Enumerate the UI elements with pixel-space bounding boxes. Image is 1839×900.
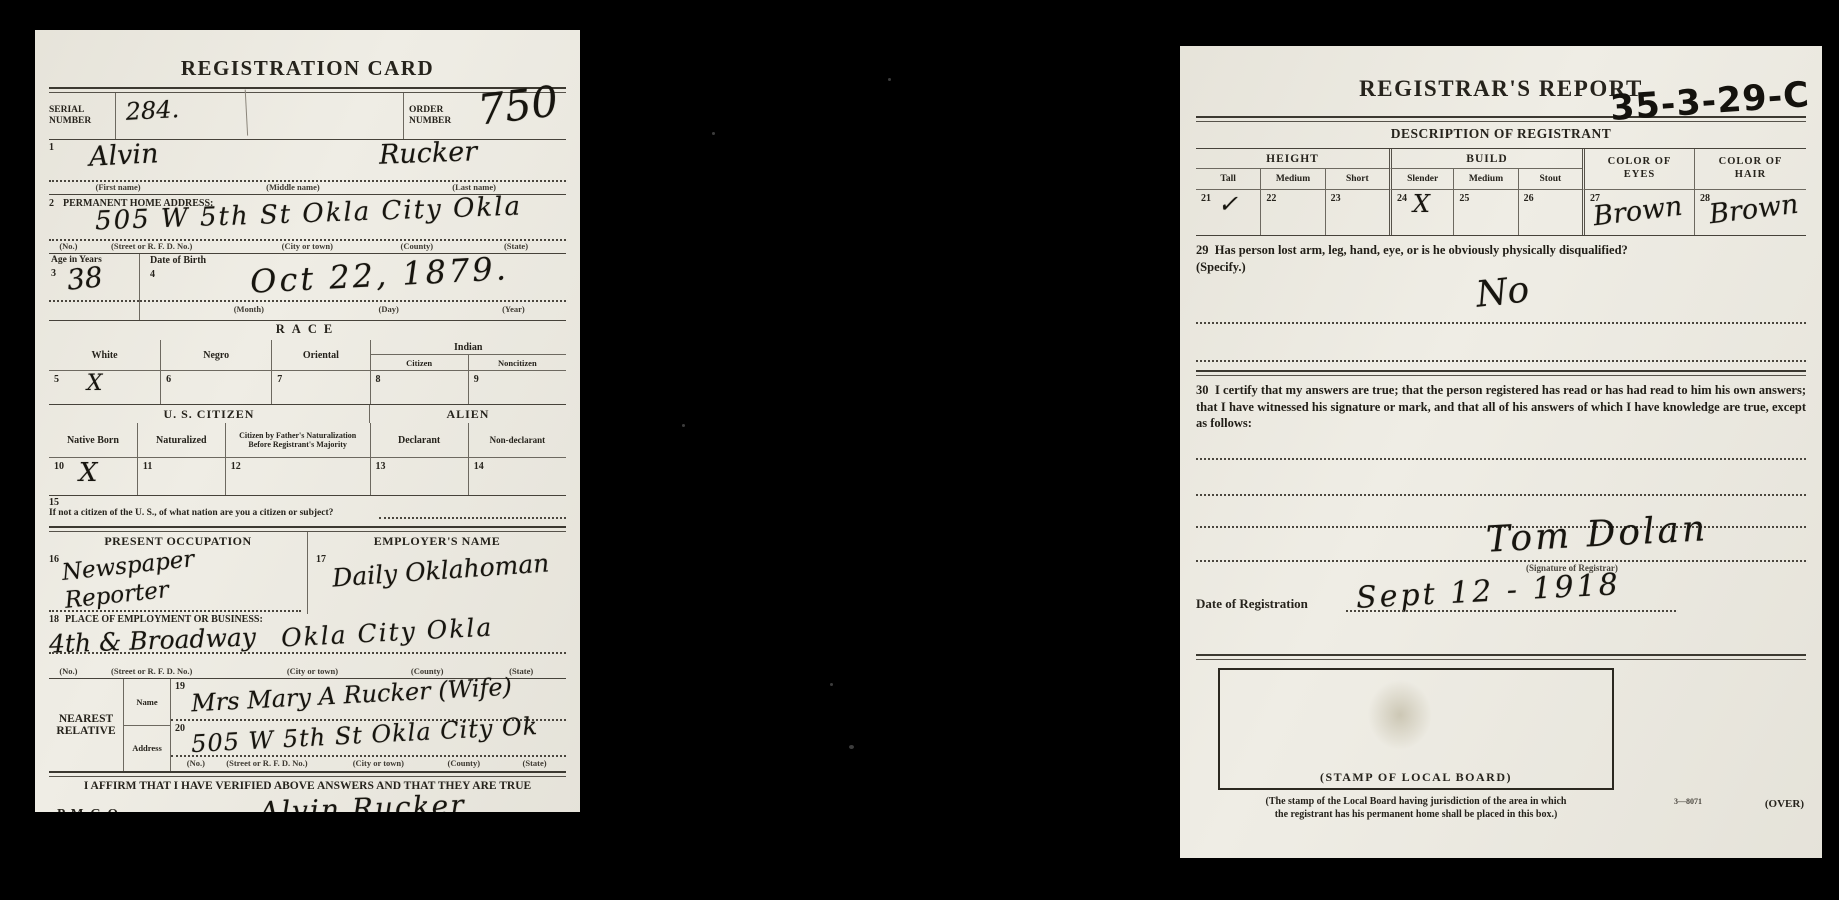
height-short-cell: 23 bbox=[1325, 189, 1389, 235]
build-slender-cell: 24 X bbox=[1389, 189, 1453, 235]
order-number-label: ORDER NUMBER bbox=[403, 93, 471, 139]
employment-city-value: Okla City Okla bbox=[280, 612, 494, 652]
build-medium-cell: 25 bbox=[1453, 189, 1517, 235]
sublabel-county: (County) bbox=[401, 241, 434, 251]
sublabel-first-name: (First name) bbox=[96, 182, 141, 192]
registration-card: REGISTRATION CARD SERIAL NUMBER 284. ORD… bbox=[35, 30, 580, 812]
cz-label-non-declarant: Non-declarant bbox=[468, 423, 566, 457]
sublabel-middle-name: (Middle name) bbox=[266, 182, 320, 192]
nearest-relative-block: NEAREST RELATIVE Name Address 19 Mrs Mar… bbox=[49, 679, 566, 771]
race-cell-oriental: 7 bbox=[271, 370, 369, 404]
divider bbox=[49, 771, 566, 777]
field-number: 18 bbox=[49, 614, 59, 625]
hair-cell: 28 Brown bbox=[1694, 189, 1806, 235]
slender-x-mark: X bbox=[1413, 190, 1430, 218]
cz-cell-fathers-naturalization: 12 bbox=[225, 457, 370, 495]
description-header: DESCRIPTION OF REGISTRANT bbox=[1196, 122, 1806, 148]
citizenship-table: Native Born Naturalized Citizen by Fathe… bbox=[49, 423, 566, 495]
eyes-color-value: Brown bbox=[1591, 191, 1684, 233]
height-medium-label: Medium bbox=[1260, 169, 1324, 189]
race-header: RACE bbox=[49, 321, 566, 340]
race-cell-indian-citizen: 8 bbox=[370, 370, 468, 404]
dotted-line bbox=[1196, 360, 1806, 362]
occupation-employer-values: 16 Newspaper Reporter 17 Daily Oklahoman bbox=[49, 550, 566, 614]
affirmation-statement: I AFFIRM THAT I HAVE VERIFIED ABOVE ANSW… bbox=[49, 780, 566, 792]
dotted-line bbox=[171, 755, 566, 757]
relative-address-row: 20 505 W 5th St Okla City Ok (No.) (Stre… bbox=[171, 721, 566, 771]
eyes-header: COLOR OF EYES bbox=[1582, 149, 1694, 189]
cell-number: 9 bbox=[474, 374, 479, 385]
race-label-indian: Indian bbox=[370, 340, 566, 355]
date-label: Date of Registration bbox=[1196, 596, 1308, 612]
disqualification-question: 29 Has person lost arm, leg, hand, eye, … bbox=[1196, 242, 1806, 370]
cell-number: 26 bbox=[1524, 193, 1534, 204]
registrar-signature-block: Tom Dolan (Signature of Registrar) bbox=[1196, 432, 1806, 580]
race-label-oriental: Oriental bbox=[271, 340, 369, 370]
nation-question-label: If not a citizen of the U. S., of what n… bbox=[49, 508, 333, 518]
occupation-value: Newspaper Reporter bbox=[61, 540, 256, 615]
cz-label-declarant: Declarant bbox=[370, 423, 468, 457]
dotted-line bbox=[49, 610, 301, 612]
first-name-value: Alvin bbox=[88, 138, 159, 173]
registrars-report-card: REGISTRAR'S REPORT 35-3-29-C DESCRIPTION… bbox=[1180, 46, 1822, 858]
home-address-line: 2 PERMANENT HOME ADDRESS: 505 W 5th St O… bbox=[49, 195, 566, 241]
cell-number: 24 bbox=[1397, 193, 1407, 204]
sublabel-street: (Street or R. F. D. No.) bbox=[226, 758, 307, 768]
registrant-signature: Alvin Rucker bbox=[258, 788, 466, 812]
dotted-line bbox=[1196, 458, 1806, 460]
alien-header: ALIEN bbox=[369, 405, 566, 423]
field-number: 4 bbox=[150, 269, 155, 280]
hair-color-value: Brown bbox=[1707, 189, 1800, 231]
certification-text: I certify that my answers are true; that… bbox=[1196, 383, 1806, 430]
dotted-line bbox=[140, 300, 566, 302]
sublabel-state: (State) bbox=[509, 666, 533, 676]
sublabel-city: (City or town) bbox=[353, 758, 404, 768]
dotted-line bbox=[379, 517, 566, 519]
dotted-line bbox=[1196, 322, 1806, 324]
over-label: (OVER) bbox=[1765, 798, 1804, 810]
cell-number: 21 bbox=[1201, 193, 1211, 204]
field-number: 30 bbox=[1196, 383, 1209, 397]
occupation-cell: 16 Newspaper Reporter bbox=[49, 550, 308, 614]
sublabel-city: (City or town) bbox=[282, 241, 333, 251]
build-stout-label: Stout bbox=[1518, 169, 1582, 189]
age-cell: Age in Years 3 38 bbox=[49, 254, 140, 320]
sublabel-no: (No.) bbox=[59, 666, 77, 676]
race-label-noncitizen: Noncitizen bbox=[468, 355, 566, 370]
specify-label: (Specify.) bbox=[1196, 260, 1246, 274]
build-medium-label: Medium bbox=[1453, 169, 1517, 189]
sublabel-year: (Year) bbox=[502, 304, 525, 314]
dotted-line bbox=[49, 300, 139, 302]
cz-label-fathers-naturalization: Citizen by Father's Naturalization Befor… bbox=[225, 423, 370, 457]
age-value: 38 bbox=[65, 260, 104, 297]
stamp-note-line: (The stamp of the Local Board having jur… bbox=[1196, 795, 1636, 808]
height-tall-label: Tall bbox=[1196, 169, 1260, 189]
race-label-citizen: Citizen bbox=[370, 355, 468, 370]
build-stout-cell: 26 bbox=[1518, 189, 1582, 235]
race-label-white: White bbox=[49, 340, 160, 370]
field-number: 2 bbox=[49, 198, 54, 209]
race-white-mark: X bbox=[87, 371, 103, 396]
sublabel-county: (County) bbox=[411, 666, 444, 676]
cell-number: 7 bbox=[277, 374, 282, 385]
dob-sublabels: (Month) (Day) (Year) bbox=[140, 304, 566, 316]
serial-order-row: SERIAL NUMBER 284. ORDER NUMBER 750 bbox=[49, 93, 566, 139]
stamp-note-line: the registrant has his permanent home sh… bbox=[1196, 808, 1636, 821]
cell-number: 23 bbox=[1331, 193, 1341, 204]
nation-question-line: 15 If not a citizen of the U. S., of wha… bbox=[49, 496, 566, 526]
disqualification-answer: No bbox=[1474, 269, 1531, 315]
race-label-negro: Negro bbox=[160, 340, 271, 370]
field-number: 20 bbox=[175, 723, 185, 734]
build-header: BUILD bbox=[1389, 149, 1582, 169]
card-title: REGISTRATION CARD bbox=[49, 56, 566, 81]
disqualification-label: Has person lost arm, leg, hand, eye, or … bbox=[1215, 243, 1628, 257]
dust-speck bbox=[888, 78, 891, 81]
height-header: HEIGHT bbox=[1196, 149, 1389, 169]
field-number: 3 bbox=[51, 268, 56, 279]
sublabel-no: (No.) bbox=[59, 241, 77, 251]
sublabel-last-name: (Last name) bbox=[452, 182, 496, 192]
cell-number: 12 bbox=[231, 461, 241, 472]
height-tall-cell: 21 ✓ bbox=[1196, 189, 1260, 235]
dotted-line bbox=[1196, 494, 1806, 496]
cell-number: 13 bbox=[376, 461, 386, 472]
field-number: 19 bbox=[175, 681, 185, 692]
sublabel-no: (No.) bbox=[187, 758, 205, 768]
cz-cell-native-born: 10 X bbox=[49, 457, 137, 495]
build-slender-label: Slender bbox=[1389, 169, 1453, 189]
divider bbox=[1196, 654, 1806, 660]
dust-speck bbox=[830, 683, 833, 686]
cell-number: 8 bbox=[376, 374, 381, 385]
dotted-line bbox=[49, 652, 566, 654]
sublabel-state: (State) bbox=[523, 758, 547, 768]
dob-cell: Date of Birth 4 Oct 22, 1879. (Month) (D… bbox=[140, 254, 566, 320]
citizenship-header-row: U. S. CITIZEN ALIEN bbox=[49, 405, 566, 423]
height-short-label: Short bbox=[1325, 169, 1389, 189]
dotted-line bbox=[1346, 610, 1676, 612]
hair-header: COLOR OF HAIR bbox=[1694, 149, 1806, 189]
registration-date-row: Date of Registration Sept 12 - 1918 bbox=[1196, 580, 1806, 624]
tall-check-mark: ✓ bbox=[1218, 190, 1238, 218]
cell-number: 10 bbox=[54, 461, 64, 472]
relative-values: 19 Mrs Mary A Rucker (Wife) 20 505 W 5th… bbox=[171, 679, 566, 771]
dust-speck bbox=[712, 132, 715, 135]
field-number: 1 bbox=[49, 142, 54, 153]
ghost-stamp-mark bbox=[1368, 680, 1432, 750]
cell-number: 5 bbox=[54, 374, 59, 385]
cz-cell-non-declarant: 14 bbox=[468, 457, 566, 495]
sublabel-month: (Month) bbox=[234, 304, 264, 314]
cell-number: 14 bbox=[474, 461, 484, 472]
cell-number: 11 bbox=[143, 461, 152, 472]
dob-label: Date of Birth bbox=[150, 255, 206, 266]
field-number: 17 bbox=[316, 554, 326, 565]
sublabel-county: (County) bbox=[448, 758, 481, 768]
employer-header: EMPLOYER'S NAME bbox=[308, 532, 566, 550]
order-number-value: 750 bbox=[468, 75, 569, 144]
divider bbox=[1196, 370, 1806, 376]
form-agency: P. M. G. O. bbox=[57, 806, 158, 812]
race-cell-white: 5 X bbox=[49, 370, 160, 404]
employer-cell: 17 Daily Oklahoman bbox=[308, 550, 566, 614]
employer-value: Daily Oklahoman bbox=[331, 548, 550, 592]
field-number: 29 bbox=[1196, 243, 1209, 257]
eyes-cell: 27 Brown bbox=[1582, 189, 1694, 235]
form-edition-code: 3—8071 bbox=[1674, 797, 1702, 806]
relative-name-value: Mrs Mary A Rucker (Wife) bbox=[190, 673, 512, 718]
cell-number: 6 bbox=[166, 374, 171, 385]
race-cell-indian-noncitizen: 9 bbox=[468, 370, 566, 404]
relative-row-labels: Name Address bbox=[124, 679, 171, 771]
serial-number-label: SERIAL NUMBER bbox=[49, 93, 116, 139]
cell-number: 22 bbox=[1266, 193, 1276, 204]
race-cell-negro: 6 bbox=[160, 370, 271, 404]
cz-cell-naturalized: 11 bbox=[137, 457, 225, 495]
dust-speck bbox=[682, 424, 685, 427]
dob-value: Oct 22, 1879. bbox=[249, 249, 509, 300]
last-name-value: Rucker bbox=[378, 136, 477, 170]
report-title-row: REGISTRAR'S REPORT 35-3-29-C bbox=[1196, 70, 1806, 116]
race-table: White Negro Oriental Indian Citizen Nonc… bbox=[49, 340, 566, 404]
divider bbox=[1196, 235, 1806, 236]
dust-speck bbox=[849, 745, 854, 749]
native-born-mark: X bbox=[79, 458, 98, 488]
sublabel-street: (Street or R. F. D. No.) bbox=[111, 241, 192, 251]
relative-sublabels: (No.) (Street or R. F. D. No.) (City or … bbox=[171, 758, 566, 770]
cell-number: 25 bbox=[1459, 193, 1469, 204]
local-board-stamp-box: (STAMP OF LOCAL BOARD) bbox=[1218, 668, 1614, 790]
serial-number-value: 284. bbox=[115, 90, 248, 143]
registrar-signature: Tom Dolan bbox=[1485, 508, 1709, 561]
relative-address-label: Address bbox=[124, 726, 170, 772]
cz-label-native-born: Native Born bbox=[49, 423, 137, 457]
certification-paragraph: 30 I certify that my answers are true; t… bbox=[1196, 382, 1806, 432]
cz-cell-declarant: 13 bbox=[370, 457, 468, 495]
occupation-employer-headers: PRESENT OCCUPATION EMPLOYER'S NAME bbox=[49, 532, 566, 550]
stamp-box-note: (The stamp of the Local Board having jur… bbox=[1196, 795, 1636, 821]
relative-name-label: Name bbox=[124, 679, 170, 726]
employment-place-line: 18 PLACE OF EMPLOYMENT OR BUSINESS: 4th … bbox=[49, 614, 566, 666]
sublabel-day: (Day) bbox=[379, 304, 399, 314]
height-medium-cell: 22 bbox=[1260, 189, 1324, 235]
sublabel-city: (City or town) bbox=[287, 666, 338, 676]
field-number: 16 bbox=[49, 554, 59, 565]
age-dob-row: Age in Years 3 38 Date of Birth 4 Oct 22… bbox=[49, 254, 566, 320]
stamp-box-label: (STAMP OF LOCAL BOARD) bbox=[1220, 770, 1612, 785]
field-number: 15 bbox=[49, 497, 59, 508]
us-citizen-header: U. S. CITIZEN bbox=[49, 405, 369, 423]
nearest-relative-header: NEAREST RELATIVE bbox=[49, 679, 124, 771]
sublabel-street: (Street or R. F. D. No.) bbox=[111, 666, 192, 676]
cz-label-naturalized: Naturalized bbox=[137, 423, 225, 457]
name-line: 1 Alvin Rucker bbox=[49, 140, 566, 182]
signature-block: P. M. G. O. Form No. 1 (Red) 3—8071 Alvi… bbox=[49, 792, 566, 812]
description-table: HEIGHT BUILD COLOR OF EYES COLOR OF HAIR… bbox=[1196, 149, 1806, 235]
